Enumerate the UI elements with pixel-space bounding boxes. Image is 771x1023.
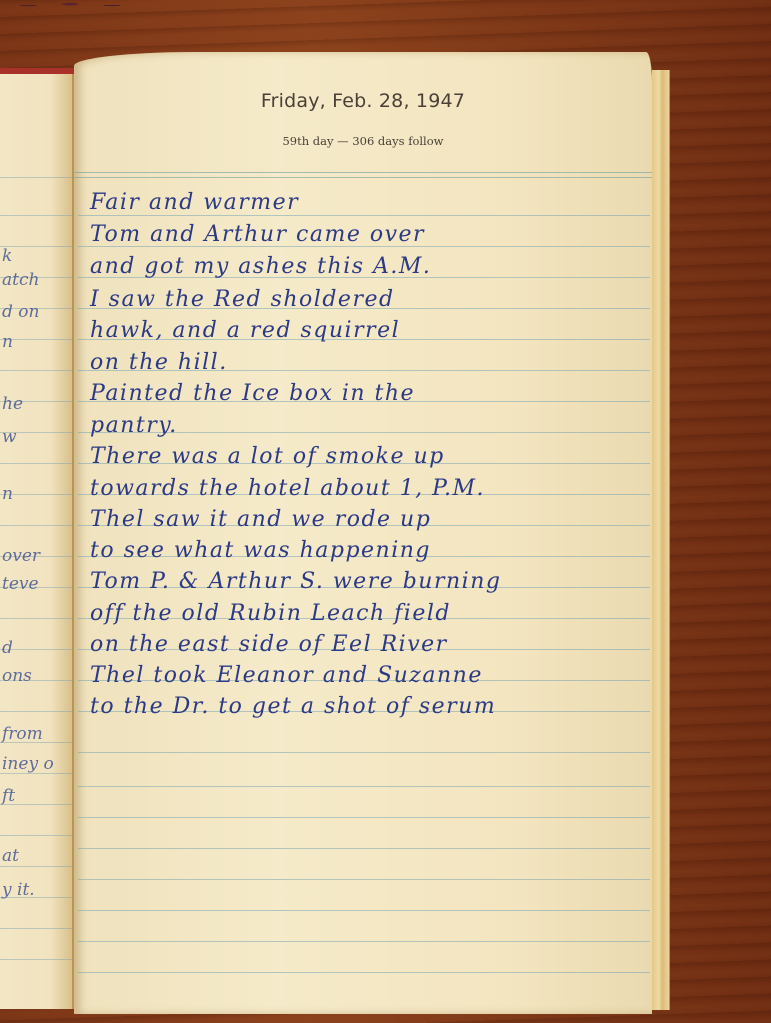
left-fragment: ons — [2, 666, 32, 686]
left-fragment: n — [2, 332, 13, 352]
rule-line — [0, 959, 72, 960]
entry-line: Thel saw it and we rode up — [90, 507, 660, 532]
entry-line: Tom and Arthur came over — [90, 222, 660, 247]
entry-line: to the Dr. to get a shot of serum — [90, 694, 660, 719]
rule-line — [0, 370, 72, 371]
rule-line — [0, 711, 72, 712]
day-count-subheading: 59th day — 306 days follow — [74, 134, 652, 148]
entry-line: and got my ashes this A.M. — [90, 254, 660, 279]
left-fragment: ft — [2, 786, 15, 806]
rule-line — [0, 618, 72, 619]
left-page: k atch d on n he w n over teve d ons fro… — [0, 74, 74, 1009]
rule-line — [78, 752, 650, 753]
rule-line — [78, 215, 650, 216]
rule-line — [0, 525, 72, 526]
page-date-heading: Friday, Feb. 28, 1947 — [74, 90, 652, 112]
left-fragment: d — [2, 638, 13, 658]
left-fragment: over — [2, 546, 40, 566]
left-fragment: at — [2, 846, 19, 866]
rule-line — [78, 879, 650, 880]
entry-line: hawk, and a red squirrel — [90, 318, 660, 343]
entry-line: towards the hotel about 1, P.M. — [90, 476, 660, 501]
rule-line — [78, 848, 650, 849]
rule-line — [0, 835, 72, 836]
rule-line — [78, 817, 650, 818]
header-double-rule — [74, 172, 652, 178]
left-fragment: iney o — [2, 754, 54, 774]
entry-line: to see what was happening — [90, 538, 660, 563]
left-fragment: k — [2, 246, 12, 266]
rule-line — [0, 463, 72, 464]
rule-line — [0, 866, 72, 867]
entry-line: Fair and warmer — [90, 190, 660, 215]
rule-line — [78, 910, 650, 911]
entry-line: pantry. — [90, 413, 660, 438]
rule-line — [78, 786, 650, 787]
entry-line: Tom P. & Arthur S. were burning — [90, 569, 660, 594]
entry-line: off the old Rubin Leach field — [90, 601, 660, 626]
entry-line: I saw the Red sholdered — [90, 287, 660, 312]
entry-line: There was a lot of smoke up — [90, 444, 660, 469]
left-fragment: y it. — [2, 880, 35, 900]
rule-line — [0, 177, 72, 178]
left-fragment: teve — [2, 574, 39, 594]
rule-line — [78, 941, 650, 942]
left-fragment: he — [2, 394, 23, 414]
rule-line — [0, 215, 72, 216]
entry-line: Thel took Eleanor and Suzanne — [90, 663, 660, 688]
entry-line: Painted the Ice box in the — [90, 381, 660, 406]
entry-line: on the hill. — [90, 350, 660, 375]
entry-line: on the east side of Eel River — [90, 632, 660, 657]
left-fragment: n — [2, 484, 13, 504]
left-fragment: w — [2, 427, 17, 447]
left-fragment: from — [2, 724, 43, 744]
left-fragment: atch — [2, 270, 39, 290]
rule-line — [0, 928, 72, 929]
decorative-beads — [0, 0, 140, 14]
rule-line — [78, 972, 650, 973]
left-fragment: d on — [2, 302, 39, 322]
